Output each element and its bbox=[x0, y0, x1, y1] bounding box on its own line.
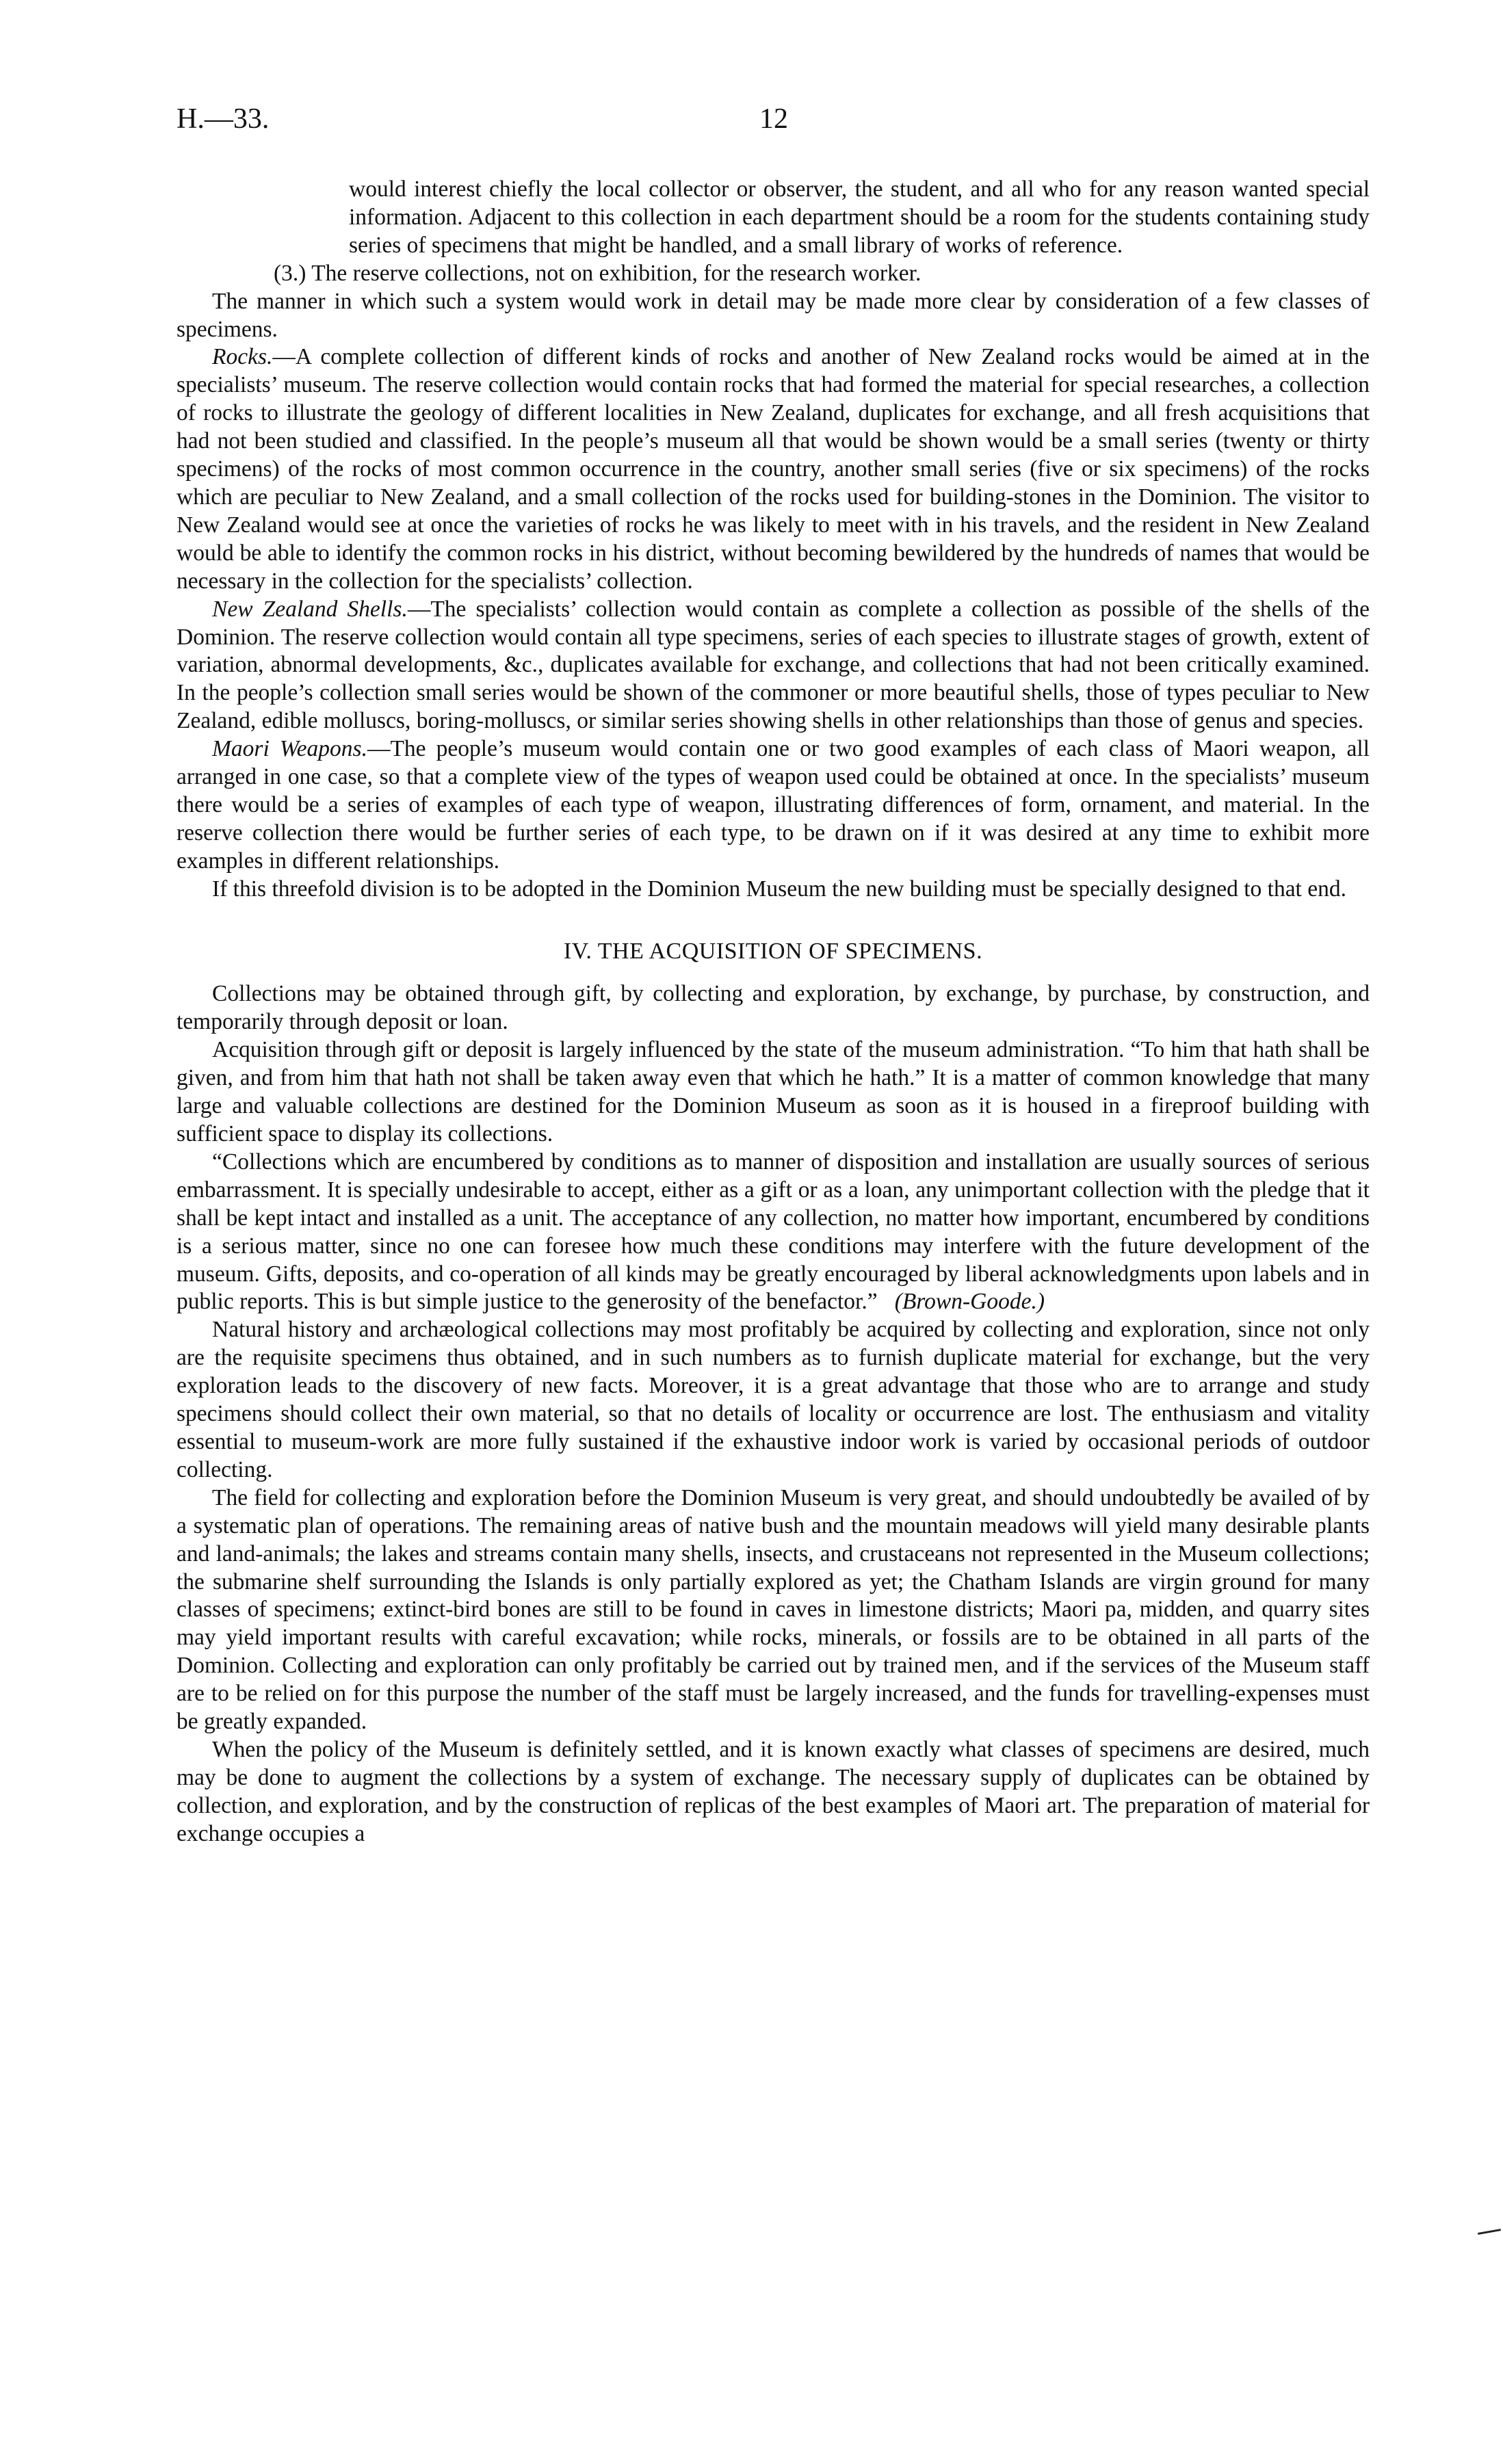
paragraph-lead: Maori Weapons. bbox=[212, 736, 367, 761]
paragraph-body: —A complete collection of different kind… bbox=[177, 344, 1370, 593]
paragraph: When the policy of the Museum is definit… bbox=[177, 1736, 1370, 1848]
citation: (Brown-Goode.) bbox=[895, 1289, 1045, 1314]
page-header: H.—33. 12 bbox=[177, 103, 1370, 144]
paragraph: Acquisition through gift or deposit is l… bbox=[177, 1036, 1370, 1149]
paragraph-quotation: “Collections which are encumbered by con… bbox=[177, 1149, 1370, 1316]
margin-mark bbox=[1478, 2229, 1501, 2235]
page-number: 12 bbox=[759, 103, 788, 135]
paragraph-shells: New Zealand Shells.—The specialists’ col… bbox=[177, 596, 1370, 736]
document-reference: H.—33. bbox=[177, 103, 269, 135]
quotation-body: “Collections which are encumbered by con… bbox=[177, 1149, 1370, 1315]
paragraph: The field for collecting and exploration… bbox=[177, 1484, 1370, 1736]
paragraph-rocks: Rocks.—A complete collection of differen… bbox=[177, 343, 1370, 595]
paragraph-continuation: would interest chiefly the local collect… bbox=[349, 176, 1370, 260]
paragraph-weapons: Maori Weapons.—The people’s museum would… bbox=[177, 735, 1370, 876]
paragraph-lead: Rocks. bbox=[212, 344, 272, 369]
list-item-reserve-collections: (3.) The reserve collections, not on exh… bbox=[177, 260, 1370, 288]
body-text: would interest chiefly the local collect… bbox=[177, 176, 1370, 1848]
paragraph: If this threefold division is to be adop… bbox=[177, 876, 1370, 904]
paragraph: Natural history and archæological collec… bbox=[177, 1316, 1370, 1484]
paragraph: The manner in which such a system would … bbox=[177, 288, 1370, 344]
paragraph: Collections may be obtained through gift… bbox=[177, 980, 1370, 1036]
section-heading: IV. THE ACQUISITION OF SPECIMENS. bbox=[177, 938, 1370, 966]
paragraph-lead: New Zealand Shells. bbox=[212, 597, 408, 622]
